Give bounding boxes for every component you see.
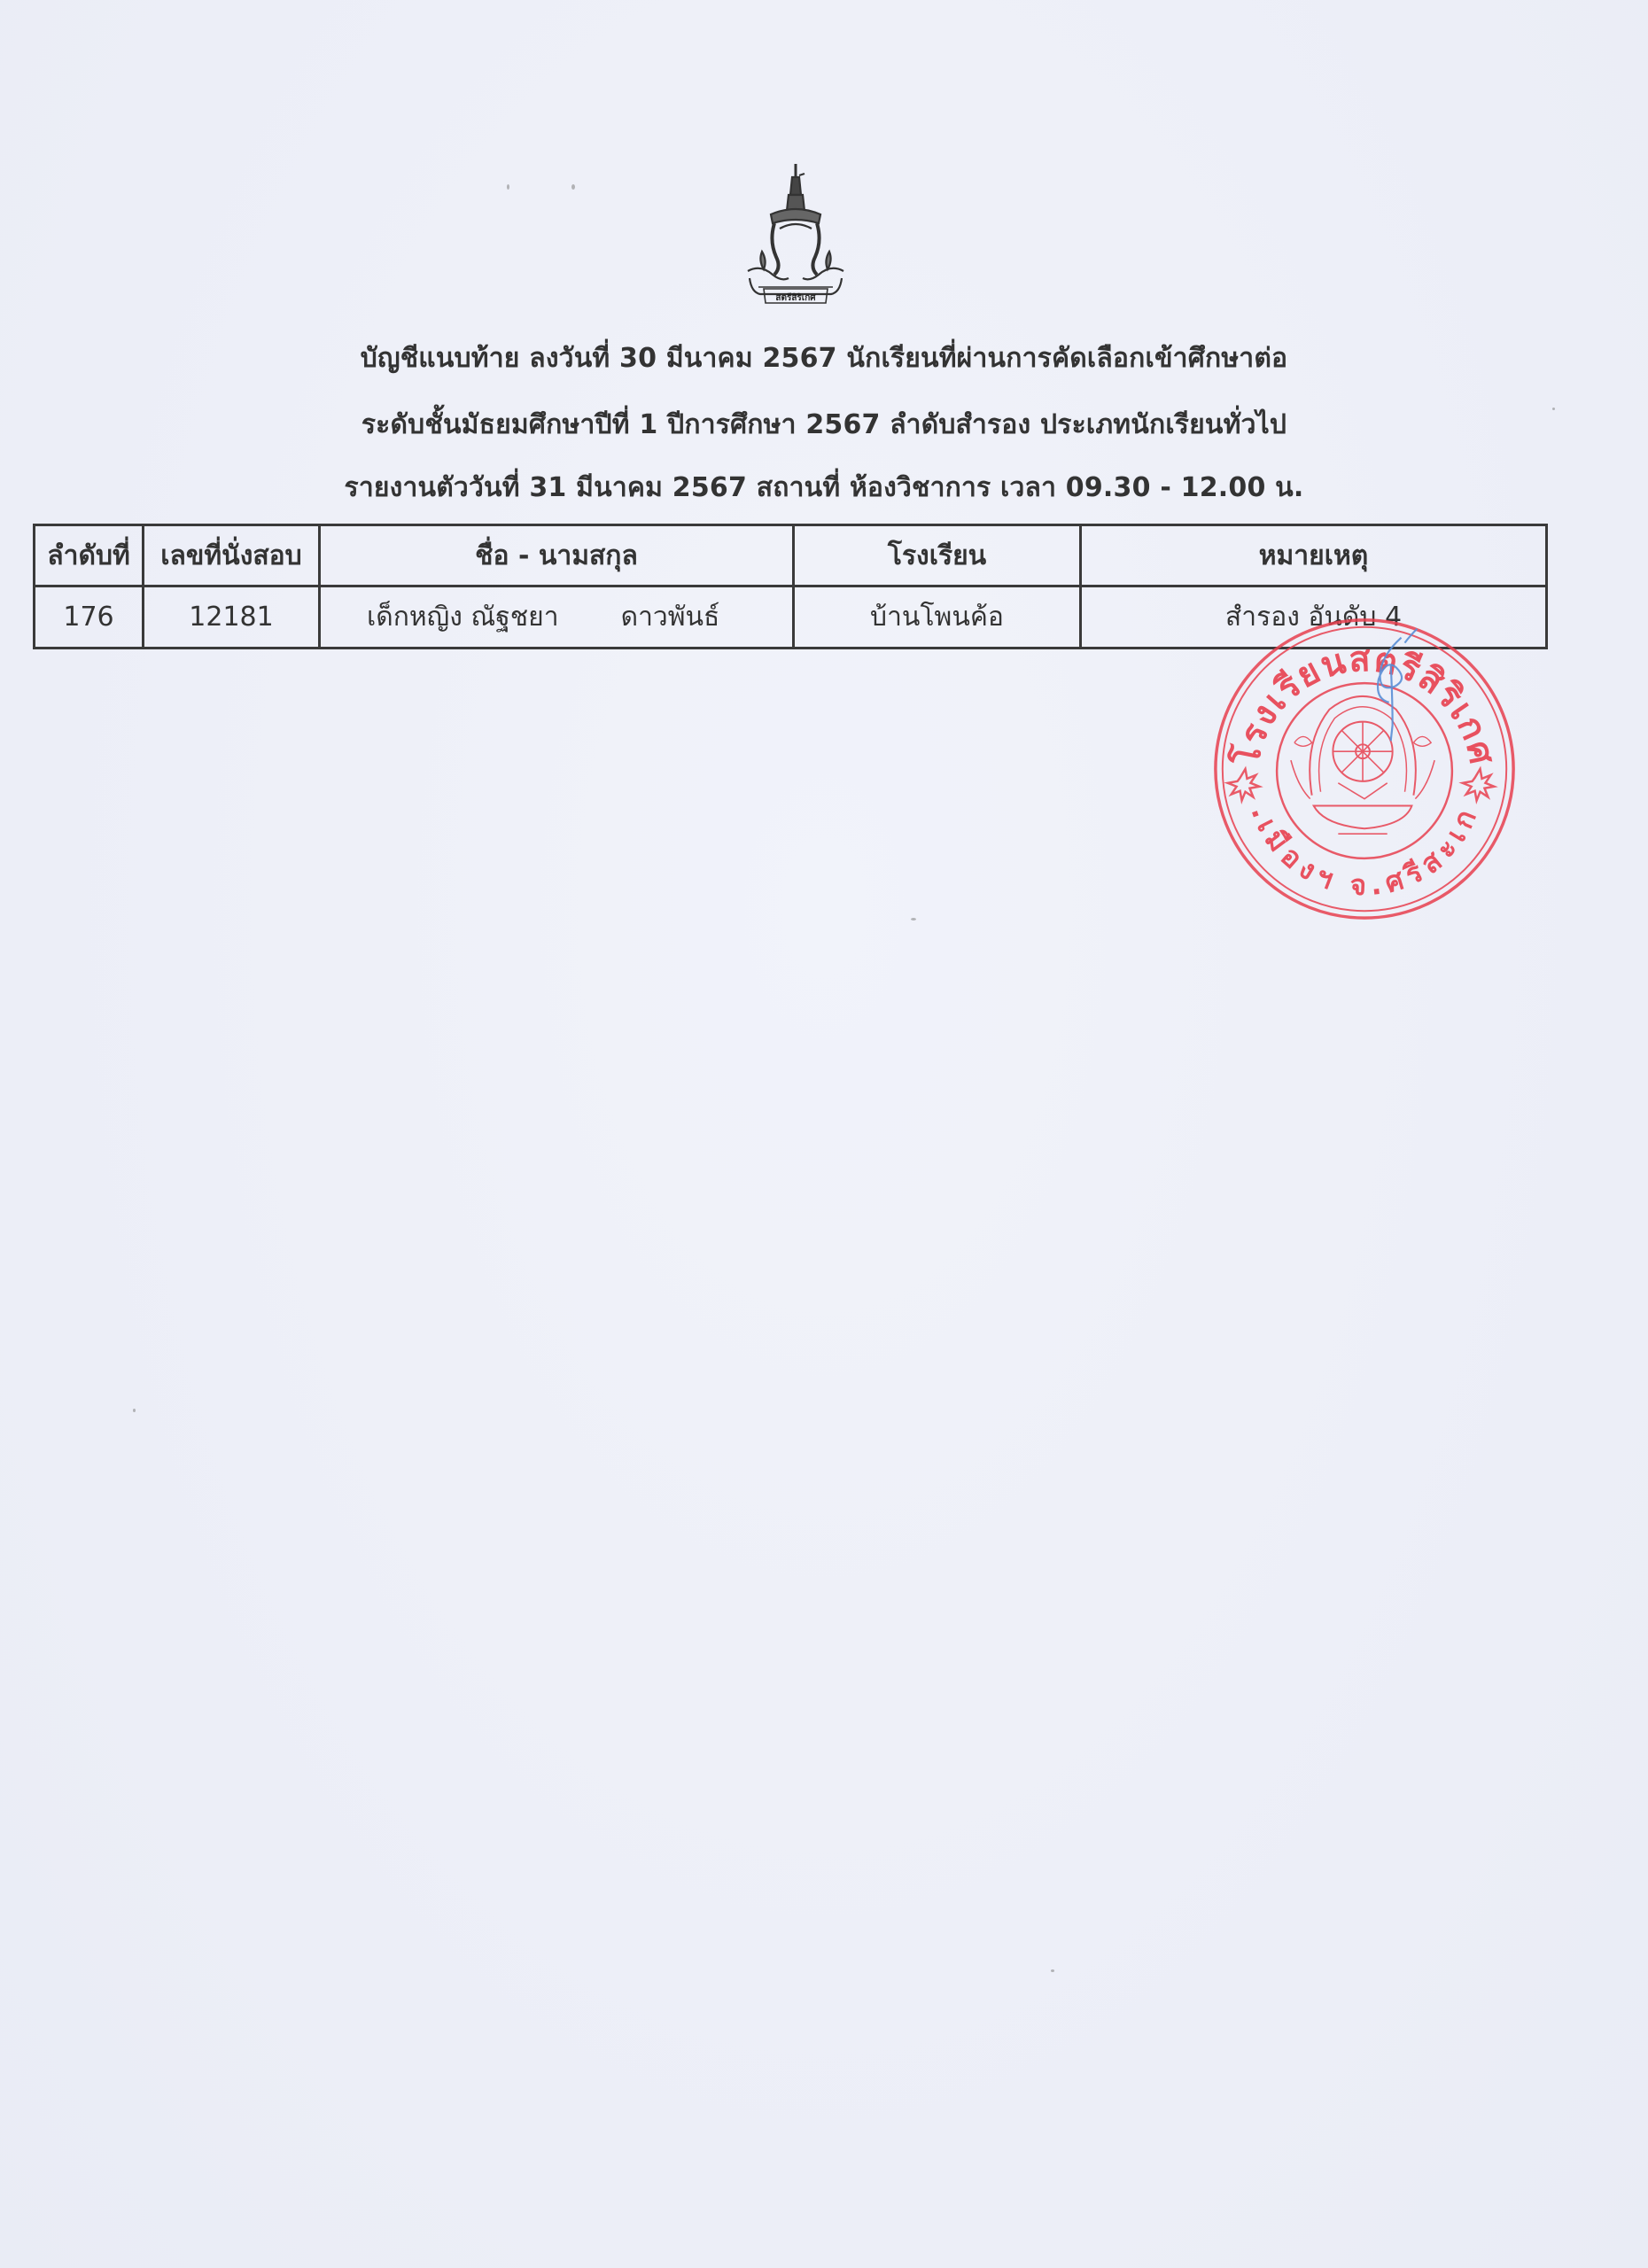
cell-seat-number: 12181 bbox=[144, 586, 320, 649]
student-roster-table: ลำดับที่ เลขที่นั่งสอบ ชื่อ - นามสกุล โร… bbox=[33, 524, 1548, 649]
scan-artifact bbox=[571, 184, 575, 190]
column-header-seat-number: เลขที่นั่งสอบ bbox=[144, 525, 320, 586]
svg-text:โรงเรียนสตรีสิริเกศ: โรงเรียนสตรีสิริเกศ bbox=[1225, 639, 1503, 770]
heading-line-2: ระดับชั้นมัธยมศึกษาปีที่ 1 ปีการศึกษา 25… bbox=[0, 404, 1648, 446]
document-page: สตรีสิริเกศ บัญชีแนบท้าย ลงวันที่ 30 มีน… bbox=[0, 0, 1648, 2268]
cell-full-name: เด็กหญิง ณัฐชยาดาวพันธ์ bbox=[320, 586, 794, 649]
scan-artifact bbox=[1051, 1969, 1054, 1972]
scan-artifact bbox=[1552, 408, 1555, 410]
cell-remark: สำรอง อันดับ 4 bbox=[1081, 586, 1547, 649]
column-header-school: โรงเรียน bbox=[794, 525, 1081, 586]
cell-order: 176 bbox=[35, 586, 144, 649]
stamp-top-text: โรงเรียนสตรีสิริเกศ bbox=[1225, 639, 1503, 770]
column-header-full-name: ชื่อ - นามสกุล bbox=[320, 525, 794, 586]
student-surname: ดาวพันธ์ bbox=[621, 602, 720, 633]
column-header-remark: หมายเหตุ bbox=[1081, 525, 1547, 586]
student-title-first-name: เด็กหญิง ณัฐชยา bbox=[367, 602, 559, 633]
heading-line-3: รายงานตัววันที่ 31 มีนาคม 2567 สถานที่ ห… bbox=[0, 467, 1648, 509]
scan-artifact bbox=[133, 1409, 136, 1412]
cell-school: บ้านโพนค้อ bbox=[794, 586, 1081, 649]
school-crest-icon: สตรีสิริเกศ bbox=[734, 159, 858, 310]
heading-line-1: บัญชีแนบท้าย ลงวันที่ 30 มีนาคม 2567 นัก… bbox=[0, 338, 1648, 379]
column-header-order: ลำดับที่ bbox=[35, 525, 144, 586]
table-row: 176 12181 เด็กหญิง ณัฐชยาดาวพันธ์ บ้านโพ… bbox=[35, 586, 1547, 649]
svg-text:อ.เมืองฯ จ.ศรีสะเกษ: อ.เมืองฯ จ.ศรีสะเกษ bbox=[1207, 611, 1484, 902]
school-seal-stamp-icon: โรงเรียนสตรีสิริเกศ อ.เมืองฯ จ.ศรีสะเกษ bbox=[1207, 611, 1522, 927]
crest-ribbon-text: สตรีสิริเกศ bbox=[775, 292, 816, 303]
stamp-bottom-text: อ.เมืองฯ จ.ศรีสะเกษ bbox=[1207, 611, 1484, 902]
scan-artifact bbox=[507, 184, 509, 190]
scan-artifact bbox=[911, 918, 916, 920]
table-header-row: ลำดับที่ เลขที่นั่งสอบ ชื่อ - นามสกุล โร… bbox=[35, 525, 1547, 586]
